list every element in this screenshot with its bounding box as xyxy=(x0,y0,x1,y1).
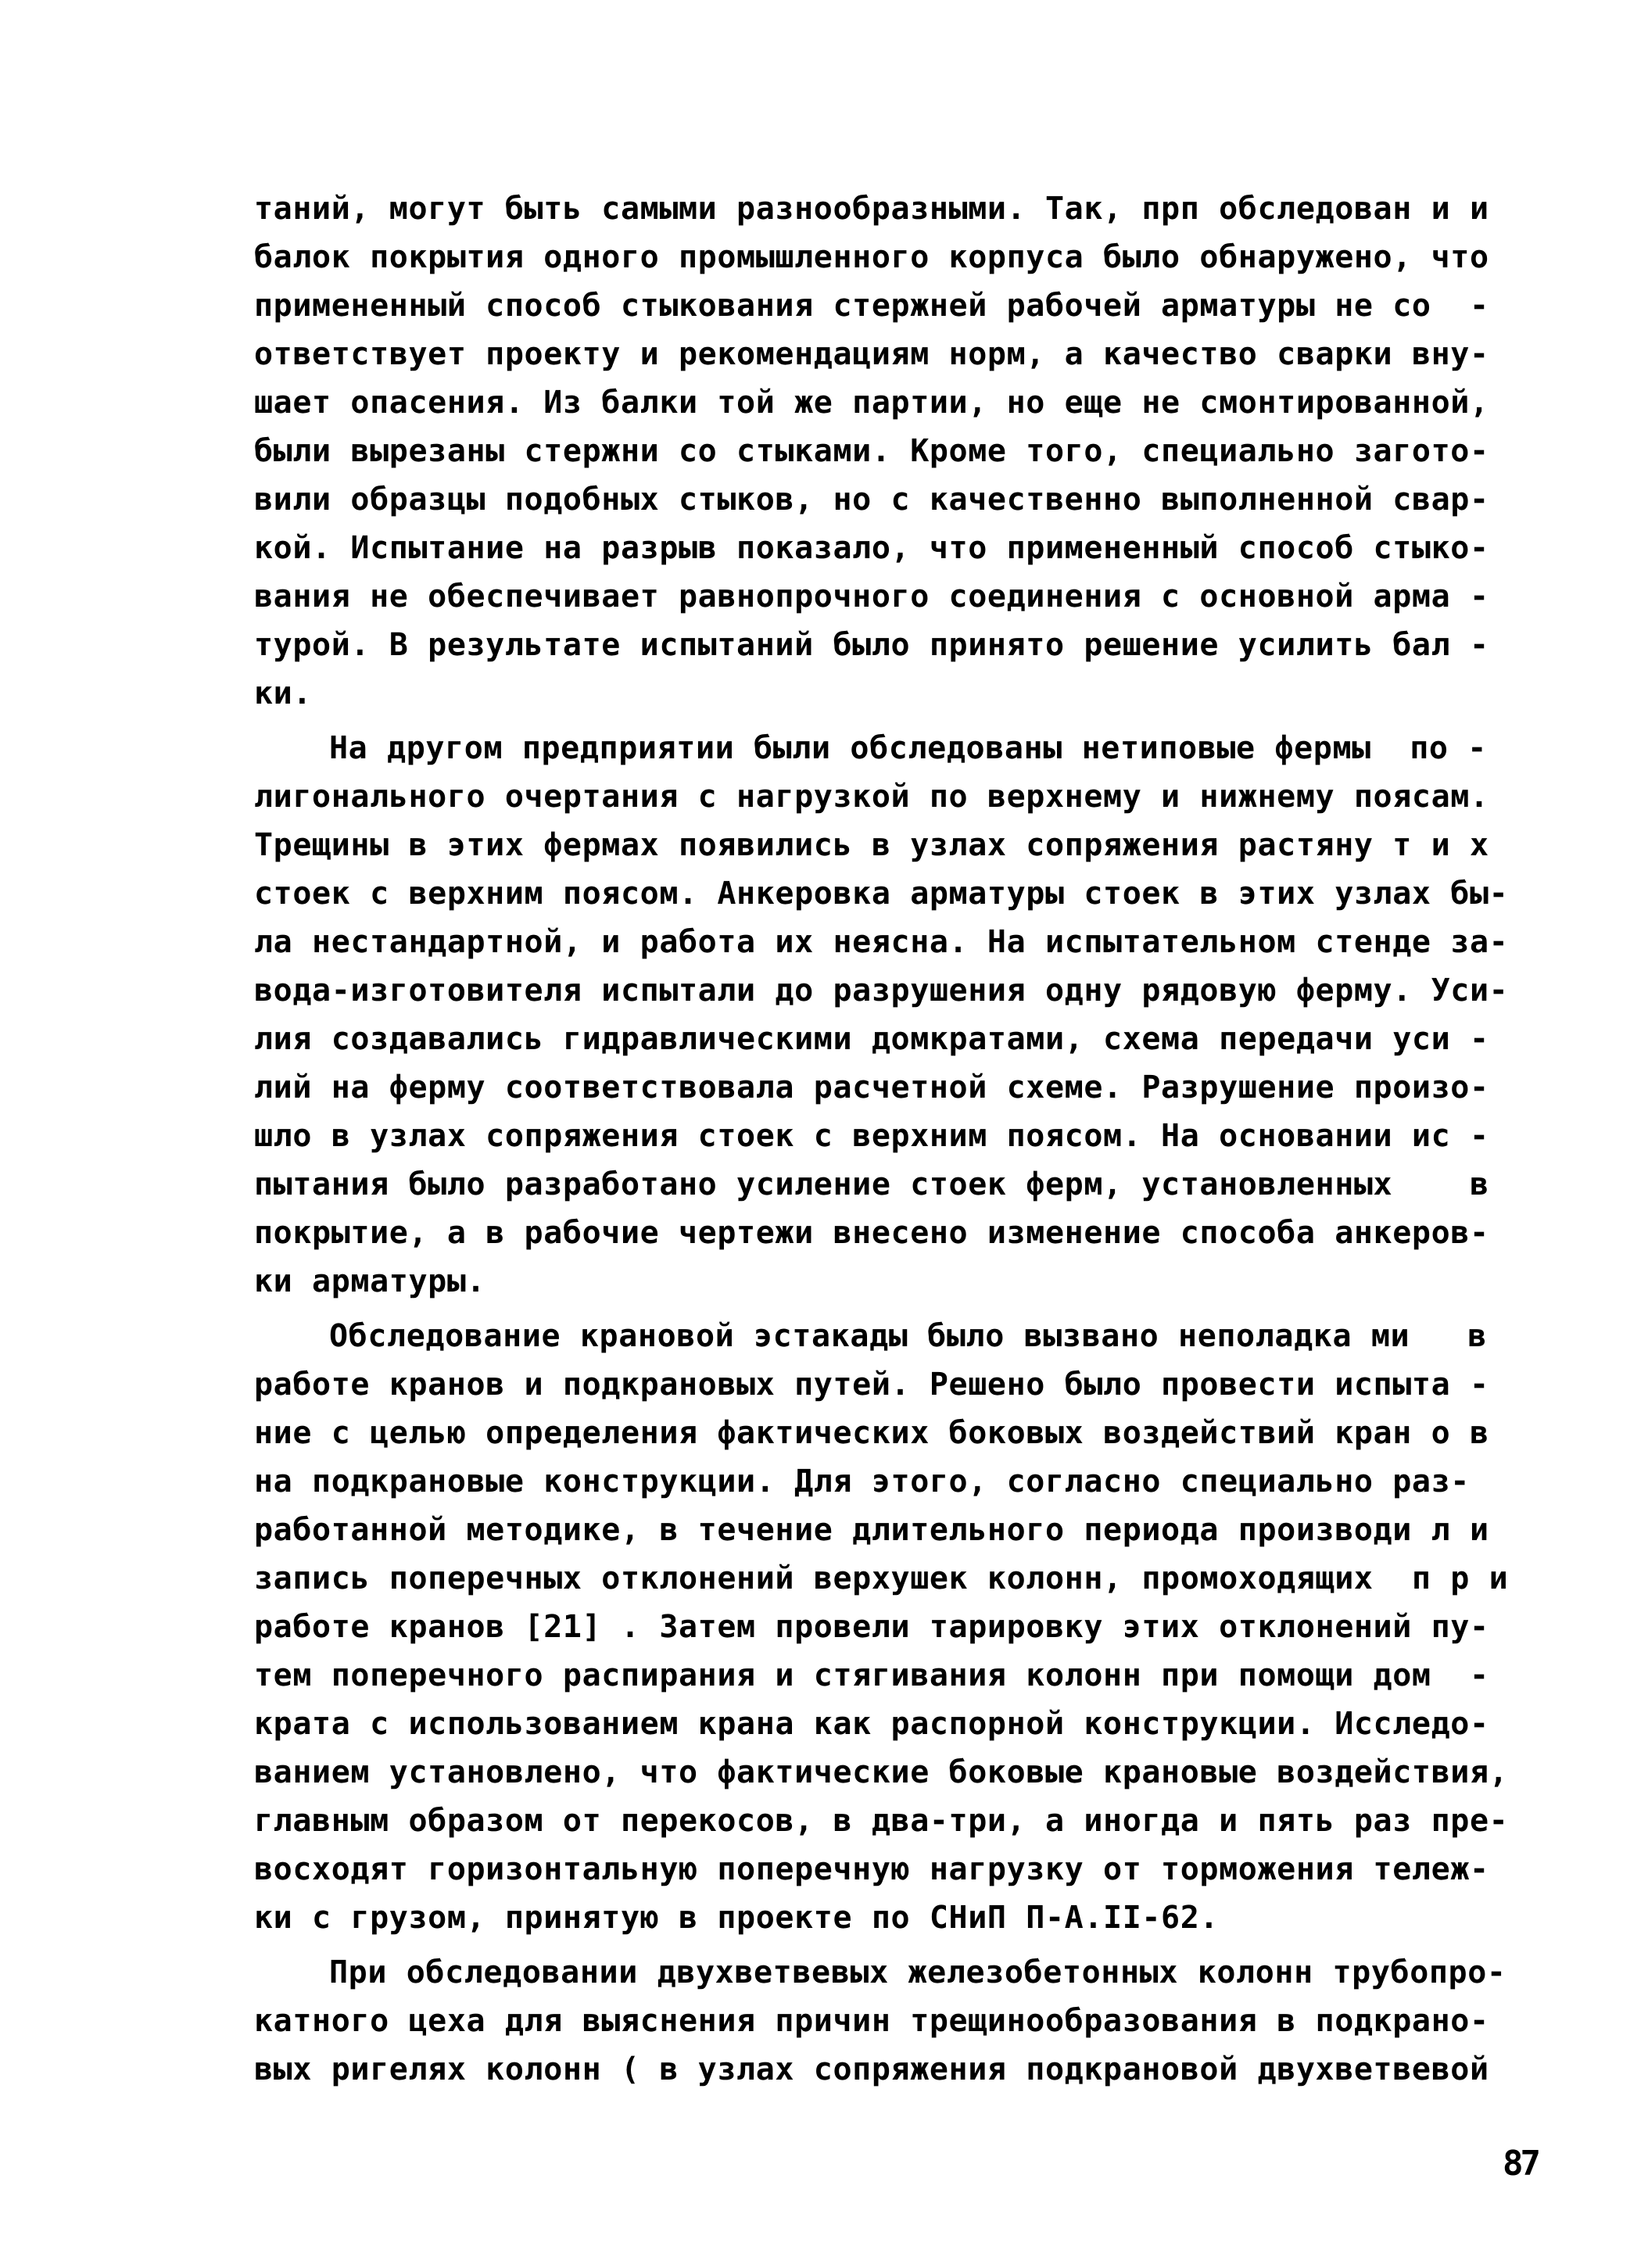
page-text: таний, могут быть самыми разнообразными.… xyxy=(254,185,1552,2094)
page-number: 87 xyxy=(1503,2144,1538,2184)
paragraph-2: На другом предприятии были обследованы н… xyxy=(254,724,1552,1306)
paragraph-1: таний, могут быть самыми разнообразными.… xyxy=(254,185,1552,718)
scanned-document-page: таний, могут быть самыми разнообразными.… xyxy=(0,0,1648,2268)
paragraph-4: При обследовании двухветвевых железобето… xyxy=(254,1948,1552,2094)
paragraph-3: Обследование крановой эстакады было вызв… xyxy=(254,1312,1552,1942)
